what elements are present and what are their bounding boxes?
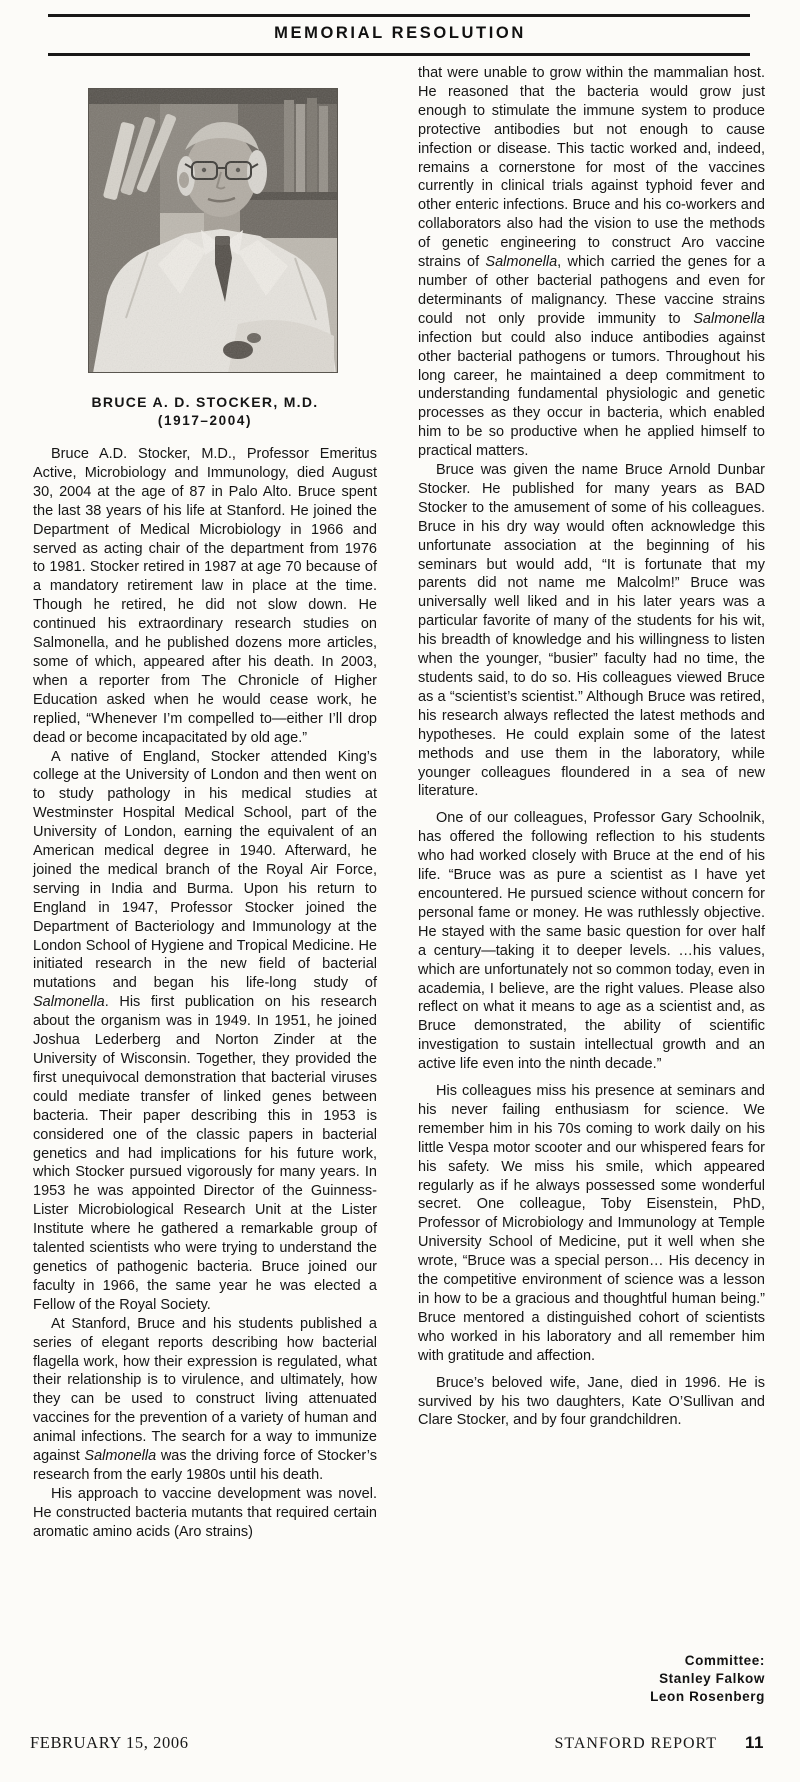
photo-caption-years: (1917–2004) xyxy=(33,413,377,428)
footer-date: FEBRUARY 15, 2006 xyxy=(30,1733,189,1753)
paragraph: Bruce’s beloved wife, Jane, died in 1996… xyxy=(418,1374,765,1431)
paragraph: that were unable to grow within the mamm… xyxy=(418,64,765,461)
footer-right: STANFORD REPORT 11 xyxy=(540,1733,764,1753)
header-rule-bottom xyxy=(48,53,750,56)
photo-grain-overlay xyxy=(88,88,338,373)
paragraph: At Stanford, Bruce and his students publ… xyxy=(33,1315,377,1485)
paragraph: A native of England, Stocker attended Ki… xyxy=(33,748,377,1315)
paragraph: Bruce was given the name Bruce Arnold Du… xyxy=(418,461,765,801)
paragraph: His colleagues miss his presence at semi… xyxy=(418,1082,765,1366)
footer-page-number: 11 xyxy=(745,1733,764,1753)
memorial-page: MEMORIAL RESOLUTION xyxy=(0,0,800,1782)
committee-label: Committee: xyxy=(418,1652,765,1670)
right-column: that were unable to grow within the mamm… xyxy=(418,64,765,1430)
portrait-photo-image xyxy=(88,88,338,373)
portrait-photo xyxy=(88,88,338,373)
paragraph: Bruce A.D. Stocker, M.D., Professor Emer… xyxy=(33,445,377,748)
committee-member: Stanley Falkow xyxy=(418,1670,765,1688)
committee-member: Leon Rosenberg xyxy=(418,1688,765,1706)
left-column: BRUCE A. D. STOCKER, M.D. (1917–2004) Br… xyxy=(33,64,377,1542)
photo-caption-name: BRUCE A. D. STOCKER, M.D. xyxy=(33,394,377,410)
paragraph: One of our colleagues, Professor Gary Sc… xyxy=(418,809,765,1074)
page-title: MEMORIAL RESOLUTION xyxy=(0,24,800,43)
committee-block: Committee: Stanley Falkow Leon Rosenberg xyxy=(418,1652,765,1706)
footer-publication: STANFORD REPORT xyxy=(554,1735,717,1753)
paragraph: His approach to vaccine development was … xyxy=(33,1485,377,1542)
header-rule-top xyxy=(48,14,750,17)
